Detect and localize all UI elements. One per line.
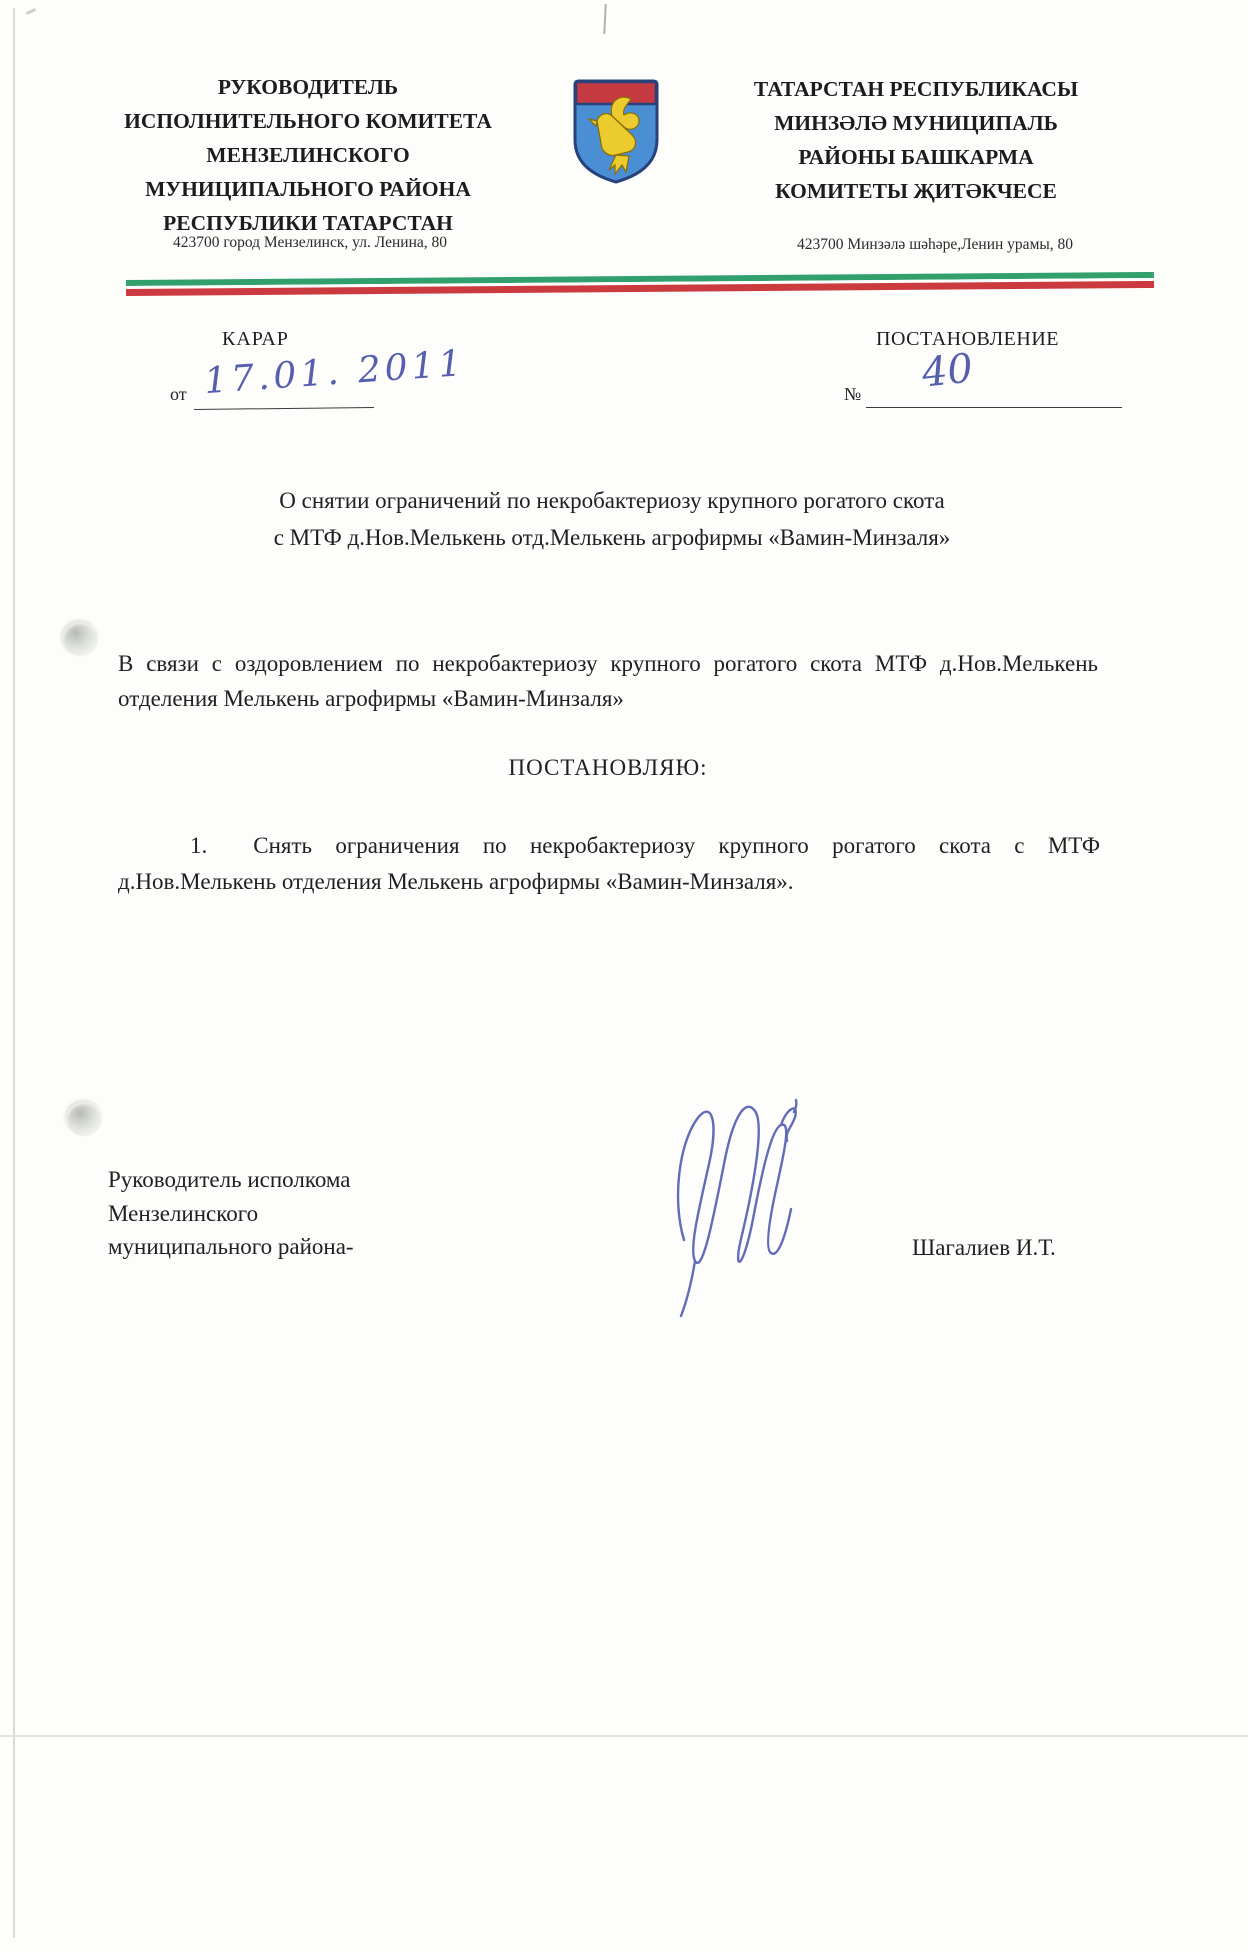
issuer-name-tatar: ТАТАРСТАН РЕСПУБЛИКАСЫ МИНЗӘЛӘ МУНИЦИПАЛ… — [698, 72, 1134, 208]
doc-type-tatar: КАРАР — [222, 328, 289, 351]
document-page: РУКОВОДИТЕЛЬ ИСПОЛНИТЕЛЬНОГО КОМИТЕТА МЕ… — [0, 0, 1248, 1952]
org-line: ИСПОЛНИТЕЛЬНОГО КОМИТЕТА — [80, 104, 536, 138]
scan-speck — [26, 8, 36, 15]
title-line: О снятии ограничений по некробактериозу … — [118, 482, 1106, 519]
org-line: КОМИТЕТЫ ҖИТӘКЧЕСЕ — [698, 174, 1134, 208]
coat-of-arms-icon — [570, 78, 662, 186]
document-title: О снятии ограничений по некробактериозу … — [118, 482, 1106, 556]
issuer-address-tatar: 423700 Минзәлә шәһәре,Ленин урамы, 80 — [730, 236, 1140, 254]
tatarstan-flag-divider — [126, 272, 1154, 297]
resolve-word: ПОСТАНОВЛЯЮ: — [118, 755, 1098, 781]
position-line: муниципального района- — [108, 1230, 528, 1264]
page-edge-bottom — [0, 1735, 1248, 1737]
signatory-position: Руководитель исполкома Мензелинского мун… — [108, 1163, 528, 1264]
signatory-name: Шагалиев И.Т. — [912, 1235, 1056, 1261]
hole-punch-top — [62, 622, 98, 656]
issuer-name-russian: РУКОВОДИТЕЛЬ ИСПОЛНИТЕЛЬНОГО КОМИТЕТА МЕ… — [80, 70, 536, 240]
hole-punch-bottom — [66, 1102, 102, 1136]
date-prefix: от — [170, 384, 187, 405]
number-underline — [866, 407, 1122, 408]
preamble-paragraph: В связи с оздоровлением по некробактерио… — [118, 646, 1098, 716]
position-line: Мензелинского — [108, 1197, 528, 1231]
handwritten-number: 40 — [920, 345, 975, 396]
org-line: МУНИЦИПАЛЬНОГО РАЙОНА — [80, 172, 536, 206]
item-text: Снять ограничения по некробактериозу кру… — [118, 833, 1100, 894]
org-line: РУКОВОДИТЕЛЬ — [80, 70, 536, 104]
staple-mark — [603, 4, 607, 34]
position-line: Руководитель исполкома — [108, 1163, 528, 1197]
number-prefix: № — [844, 384, 861, 405]
handwritten-signature — [652, 1088, 812, 1320]
item-number: 1. — [190, 833, 207, 858]
org-line: МИНЗӘЛӘ МУНИЦИПАЛЬ — [698, 106, 1134, 140]
org-line: МЕНЗЕЛИНСКОГО — [80, 138, 536, 172]
org-line: ТАТАРСТАН РЕСПУБЛИКАСЫ — [698, 72, 1134, 106]
handwritten-date: 17.01. 2011 — [203, 343, 467, 402]
org-line: РАЙОНЫ БАШКАРМА — [698, 140, 1134, 174]
date-underline — [194, 407, 374, 410]
page-edge-left — [13, 8, 15, 1938]
resolution-item-1: 1.Снять ограничения по некробактериозу к… — [118, 828, 1100, 900]
title-line: с МТФ д.Нов.Мелькень отд.Мелькень агрофи… — [118, 519, 1106, 556]
issuer-address-russian: 423700 город Мензелинск, ул. Ленина, 80 — [100, 234, 520, 252]
